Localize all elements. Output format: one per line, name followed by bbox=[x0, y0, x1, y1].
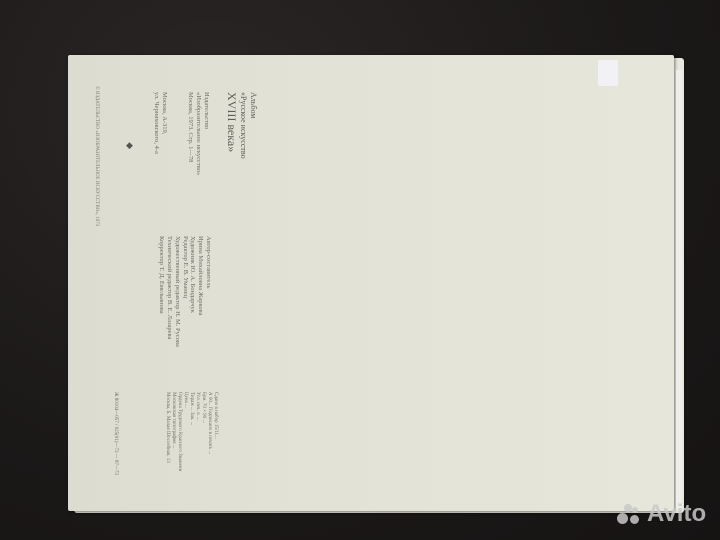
tape-piece bbox=[598, 60, 618, 86]
copyright-line: © ИЗДАТЕЛЬСТВО «ИЗОБРАЗИТЕЛЬНОЕ ИСКУССТВ… bbox=[92, 86, 100, 226]
publisher-line: Издательство bbox=[202, 92, 210, 175]
staff-credits-block: Автор-составитель Ирина Михайловна Жарко… bbox=[157, 236, 212, 347]
album-page-edge bbox=[676, 70, 682, 510]
staff-line: Корректор Т. Д. Емельянова bbox=[157, 236, 165, 347]
staff-line: Художник Ю. А. Бондарчук bbox=[189, 236, 197, 347]
avito-logo-icon bbox=[615, 503, 643, 525]
publisher-line: «Изобразительное искусство» bbox=[194, 92, 202, 175]
album-title-block: Альбом «Русское искусство XVIII века» bbox=[225, 92, 258, 159]
imprint-line: Усл. печ. л. ... bbox=[194, 392, 200, 471]
imprint-line: Сдано в набор 15/11... bbox=[212, 392, 218, 471]
imprint-block: Сдано в набор 15/11... А 00... Подписано… bbox=[164, 392, 218, 471]
staff-line: Автор-составитель bbox=[204, 236, 212, 347]
address-block: Москва, А-319, ул. Черняховского, 4-а bbox=[152, 92, 168, 154]
imprint-line: Цена ... bbox=[182, 392, 188, 471]
avito-watermark: Avito bbox=[615, 500, 706, 528]
watermark-brand: Avito bbox=[647, 500, 706, 528]
publisher-line: Москва, 1973. Стр. 1—78 bbox=[187, 92, 195, 175]
address-line: ул. Черняховского, 4-а bbox=[152, 92, 160, 154]
title-line: XVIII века» bbox=[225, 92, 238, 159]
imprint-line: Москва, Б. Малая Шоссейная, 13 bbox=[164, 392, 170, 471]
address-line: Москва, А-319, bbox=[160, 92, 168, 154]
publisher-mark-icon: ◆ bbox=[126, 140, 133, 151]
imprint-line: Тираж ... Зак. ... bbox=[188, 392, 194, 471]
title-line: Альбом bbox=[248, 92, 258, 159]
catalog-number-line: Ж 80104—057 / 025(01)—73 — 87—73 bbox=[112, 392, 118, 475]
staff-line: Ирина Михайловна Жаркова bbox=[196, 236, 204, 347]
publisher-block: Издательство «Изобразительное искусство»… bbox=[187, 92, 210, 175]
staff-line: Редактор Е. В. Уманец bbox=[181, 236, 189, 347]
catalog-number-block: Ж 80104—057 / 025(01)—73 — 87—73 bbox=[112, 392, 118, 475]
title-line: «Русское искусство bbox=[238, 92, 248, 159]
staff-line: Художественный редактор Н. М. Русова bbox=[173, 236, 181, 347]
imprint-line: А 00... Подписано в печать ... bbox=[206, 392, 212, 471]
staff-line: Технический редактор В. Е. Лазарева bbox=[165, 236, 173, 347]
imprint-line: Ордена Трудового Красного Знамени bbox=[176, 392, 182, 471]
